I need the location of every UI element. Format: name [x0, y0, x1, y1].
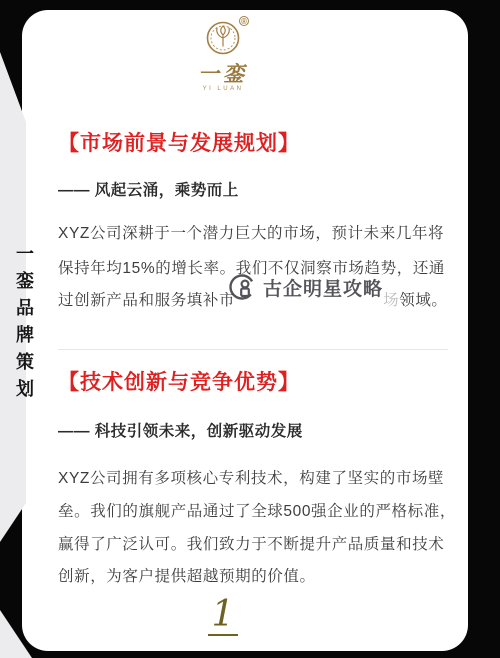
section2-paragraph-line1: XYZ公司拥有多项核心专利技术，构建了坚实的市场壁 [58, 466, 450, 488]
section1-subtitle: —— 风起云涌，乘势而上 [58, 178, 239, 200]
section1-line3-faint-char: 场 [383, 292, 399, 309]
brand-logo: ® 一銮 YI LUAN [0, 18, 446, 92]
section1-paragraph-line1: XYZ公司深耕于一个潜力巨大的市场，预计未来几年将 [58, 221, 450, 243]
section1-line3-start: 过创新产品和服务填补市 [58, 292, 235, 309]
section2-paragraph-line4: 创新，为客户提供超越预期的价值。 [58, 564, 450, 586]
content-card [22, 10, 468, 651]
poster-page: 一銮品牌策划 ® 一銮 YI LUAN 【市场前景与发展规划】 —— 风起云涌，… [0, 0, 500, 658]
logo-latin-text: YI LUAN [0, 86, 446, 92]
section2-paragraph-line3: 赢得了广泛认可。我们致力于不断提升产品质量和技术 [58, 532, 450, 554]
watermark-logo-icon [228, 271, 258, 303]
vertical-brand-text: 一銮品牌策划 [3, 244, 37, 406]
watermark-text: 古企明星攻略 [263, 274, 383, 301]
section-divider [58, 349, 448, 350]
section2-subtitle: —— 科技引领未来，创新驱动发展 [58, 419, 303, 441]
registered-trademark-icon: ® [239, 16, 249, 26]
page-number: 1 [0, 594, 446, 636]
logo-seal-icon: ® [197, 18, 249, 58]
section1-heading: 【市场前景与发展规划】 [58, 127, 300, 157]
section1-line3-end: 领域。 [399, 292, 447, 309]
section2-heading: 【技术创新与竞争优势】 [58, 366, 300, 396]
watermark: 古企明星攻略 [228, 271, 383, 303]
logo-script-text: 一銮 [0, 63, 446, 85]
section2-paragraph-line2: 垒。我们的旗舰产品通过了全球500强企业的严格标准， [58, 499, 450, 521]
